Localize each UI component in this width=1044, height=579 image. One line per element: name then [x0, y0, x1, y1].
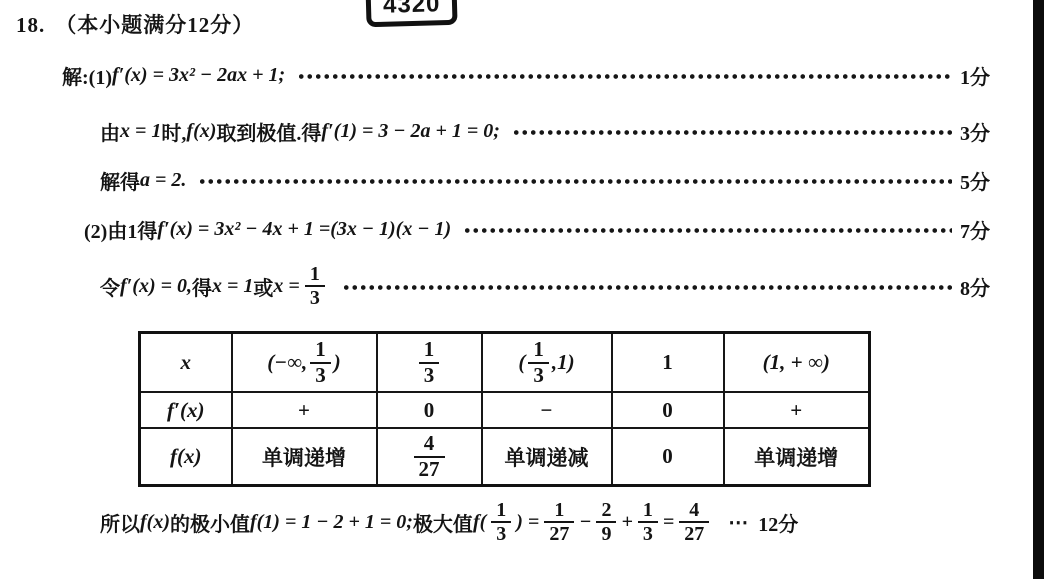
line1-cn: 解:(1): [62, 61, 112, 90]
table-cell: x: [140, 333, 232, 393]
fraction-numerator: 4: [684, 500, 704, 521]
interval-close: ,1): [552, 350, 575, 375]
score-label-5: 5分: [960, 166, 990, 195]
line6-math6: +: [621, 511, 632, 534]
line4-text: (2)由1得f′(x) = 3x² − 4x + 1 =(3x − 1)(x −…: [84, 215, 451, 244]
line4-cn1: (2)由1得: [84, 215, 157, 244]
line6-cn3: 极大值: [413, 508, 473, 537]
table-row-f: f(x) 单调递增 427 单调递减 0 单调递增: [140, 428, 870, 486]
score-label-8: 8分: [960, 272, 990, 301]
fraction-numerator: 1: [305, 264, 325, 285]
cell-f: f(x): [170, 444, 201, 468]
table-cell: (13,1): [482, 333, 612, 393]
fraction-denominator: 9: [596, 521, 616, 544]
score-label-12: 12分: [758, 508, 798, 537]
line3-text: 解得a = 2.: [100, 166, 186, 195]
cell-interval-right: (1, + ∞): [763, 350, 830, 374]
line6-math7: =: [663, 511, 674, 534]
fraction-denominator: 3: [528, 362, 549, 386]
line2-math1: x = 1: [120, 120, 161, 143]
line6-math2: f(1) = 1 − 2 + 1 = 0;: [250, 511, 413, 534]
score-label-1: 1分: [960, 61, 990, 90]
table-row-f-prime: f′(x) + 0 − 0 +: [140, 392, 870, 428]
line1-math: f′(x) = 3x² − 2ax + 1;: [112, 64, 285, 87]
cell-zero: 0: [662, 444, 673, 468]
cell-increasing: 单调递增: [754, 446, 838, 470]
interval-open: (−∞,: [267, 350, 307, 375]
fraction-denominator: 3: [310, 362, 331, 386]
cell-x: x: [181, 350, 192, 374]
fraction-numerator: 1: [528, 339, 549, 361]
dotted-leader: [512, 129, 952, 136]
sign-plus: +: [790, 398, 802, 422]
fraction-denominator: 3: [305, 285, 325, 308]
fraction-numerator: 1: [310, 339, 331, 361]
fraction-1-27: 127: [544, 500, 574, 545]
score-label-7: 7分: [960, 215, 990, 244]
cell-f-prime: f′(x): [167, 398, 204, 422]
fraction-4-27: 427: [679, 500, 709, 545]
table-cell: +: [724, 392, 870, 428]
line6-text: 所以f(x)的极小值f(1) = 1 − 2 + 1 = 0;极大值f(13) …: [100, 500, 714, 545]
fraction-one-third: 13: [310, 339, 331, 386]
dotted-leader: [198, 178, 952, 185]
fraction-numerator: 1: [638, 500, 658, 521]
fraction-one-third: 13: [528, 339, 549, 386]
cell-decreasing: 单调递减: [505, 446, 589, 470]
sign-plus: +: [298, 398, 310, 422]
fraction-numerator: 4: [419, 433, 440, 455]
fraction-one-third: 13: [419, 339, 440, 386]
fraction-one-third: 13: [491, 500, 511, 545]
table-cell: 0: [377, 392, 482, 428]
dotted-leader: [463, 227, 952, 234]
line1-text: 解:(1)f′(x) = 3x² − 2ax + 1;: [62, 61, 285, 90]
line5-math1: f′(x) = 0,: [120, 275, 192, 298]
line3-cn1: 解得: [100, 166, 140, 195]
line6-math5: −: [579, 511, 591, 534]
table-cell: f(x): [140, 428, 232, 486]
fraction-numerator: 2: [596, 500, 616, 521]
line2-math2: f(x): [186, 120, 216, 143]
solution-line-4: (2)由1得f′(x) = 3x² − 4x + 1 =(3x − 1)(x −…: [84, 215, 990, 244]
line2-cn3: 取到极值.得: [216, 117, 321, 146]
table-cell: (1, + ∞): [724, 333, 870, 393]
fraction-denominator: 27: [544, 521, 574, 544]
problem-title: （本小题满分12分）: [55, 13, 254, 37]
line3-math1: a = 2.: [140, 169, 186, 192]
page-number-stamp: 4320: [365, 0, 458, 27]
table-cell: 427: [377, 428, 482, 486]
table-cell: 13: [377, 333, 482, 393]
solution-line-5: 令f′(x) = 0,得x = 1或x =13 8分: [100, 264, 990, 309]
fraction-numerator: 1: [549, 500, 569, 521]
stamp-label: 4320: [383, 0, 441, 19]
fraction-denominator: 3: [491, 521, 511, 544]
sign-zero: 0: [424, 398, 435, 422]
solution-line-3: 解得a = 2. 5分: [100, 166, 990, 195]
line6-cn1: 所以: [100, 508, 140, 537]
fraction-denominator: 27: [414, 456, 445, 480]
fraction-numerator: 1: [491, 500, 511, 521]
fraction-four-27: 427: [414, 433, 445, 480]
problem-number: 18.: [16, 13, 45, 37]
interval-close: ): [334, 350, 341, 375]
score-label-3: 3分: [960, 117, 990, 146]
table-cell: 单调递增: [232, 428, 377, 486]
scanned-solution-page: 4320 18.（本小题满分12分） 解:(1)f′(x) = 3x² − 2a…: [0, 0, 1044, 579]
line2-math3: f′(1) = 3 − 2a + 1 = 0;: [321, 120, 500, 143]
line5-cn2: 得: [192, 272, 212, 301]
line5-math2: x = 1: [212, 275, 253, 298]
sign-minus: −: [541, 398, 553, 422]
table-cell: (−∞,13): [232, 333, 377, 393]
line5-math3: x =: [273, 275, 299, 298]
fraction-denominator: 3: [638, 521, 658, 544]
table-cell: 单调递减: [482, 428, 612, 486]
line4-math1: f′(x) = 3x² − 4x + 1 =(3x − 1)(x − 1): [157, 218, 451, 241]
table-cell: 0: [612, 392, 724, 428]
line5-text: 令f′(x) = 0,得x = 1或x =13: [100, 264, 330, 309]
fraction-2-9: 29: [596, 500, 616, 545]
table-cell: f′(x): [140, 392, 232, 428]
fraction-denominator: 3: [419, 362, 440, 386]
table-cell: −: [482, 392, 612, 428]
scan-edge-bar: [1033, 0, 1044, 579]
solution-line-1: 解:(1)f′(x) = 3x² − 2ax + 1; 1分: [62, 61, 990, 90]
cell-increasing: 单调递增: [262, 446, 346, 470]
line5-cn1: 令: [100, 272, 120, 301]
table-cell: +: [232, 392, 377, 428]
sign-zero: 0: [662, 398, 673, 422]
table-cell: 0: [612, 428, 724, 486]
line6-math1: f(x): [140, 511, 170, 534]
monotonicity-table: x (−∞,13) 13 (13,1) 1 (1, + ∞) f′(x) + 0…: [138, 331, 871, 487]
dotted-leader: [342, 284, 952, 291]
line5-cn3: 或: [253, 272, 273, 301]
dotted-leader: [297, 73, 952, 80]
table-cell: 单调递增: [724, 428, 870, 486]
line6-math3: f(: [473, 511, 486, 534]
line6-math4: ) =: [516, 511, 539, 534]
line6-cn2: 的极小值: [170, 508, 250, 537]
fraction-numerator: 1: [419, 339, 440, 361]
ellipsis-leader: ⋯: [728, 510, 748, 535]
cell-one: 1: [662, 350, 673, 374]
problem-header: 18.（本小题满分12分）: [16, 9, 254, 39]
table-row-x: x (−∞,13) 13 (13,1) 1 (1, + ∞): [140, 333, 870, 393]
solution-line-6: 所以f(x)的极小值f(1) = 1 − 2 + 1 = 0;极大值f(13) …: [100, 500, 798, 545]
line2-cn1: 由: [100, 117, 120, 146]
solution-line-2: 由x = 1时,f(x)取到极值.得f′(1) = 3 − 2a + 1 = 0…: [100, 117, 990, 146]
fraction-denominator: 27: [679, 521, 709, 544]
line2-text: 由x = 1时,f(x)取到极值.得f′(1) = 3 − 2a + 1 = 0…: [100, 117, 500, 146]
interval-open: (: [518, 350, 525, 375]
table-cell: 1: [612, 333, 724, 393]
fraction-one-third: 13: [305, 264, 325, 309]
line2-cn2: 时,: [161, 117, 186, 146]
fraction-one-third: 13: [638, 500, 658, 545]
